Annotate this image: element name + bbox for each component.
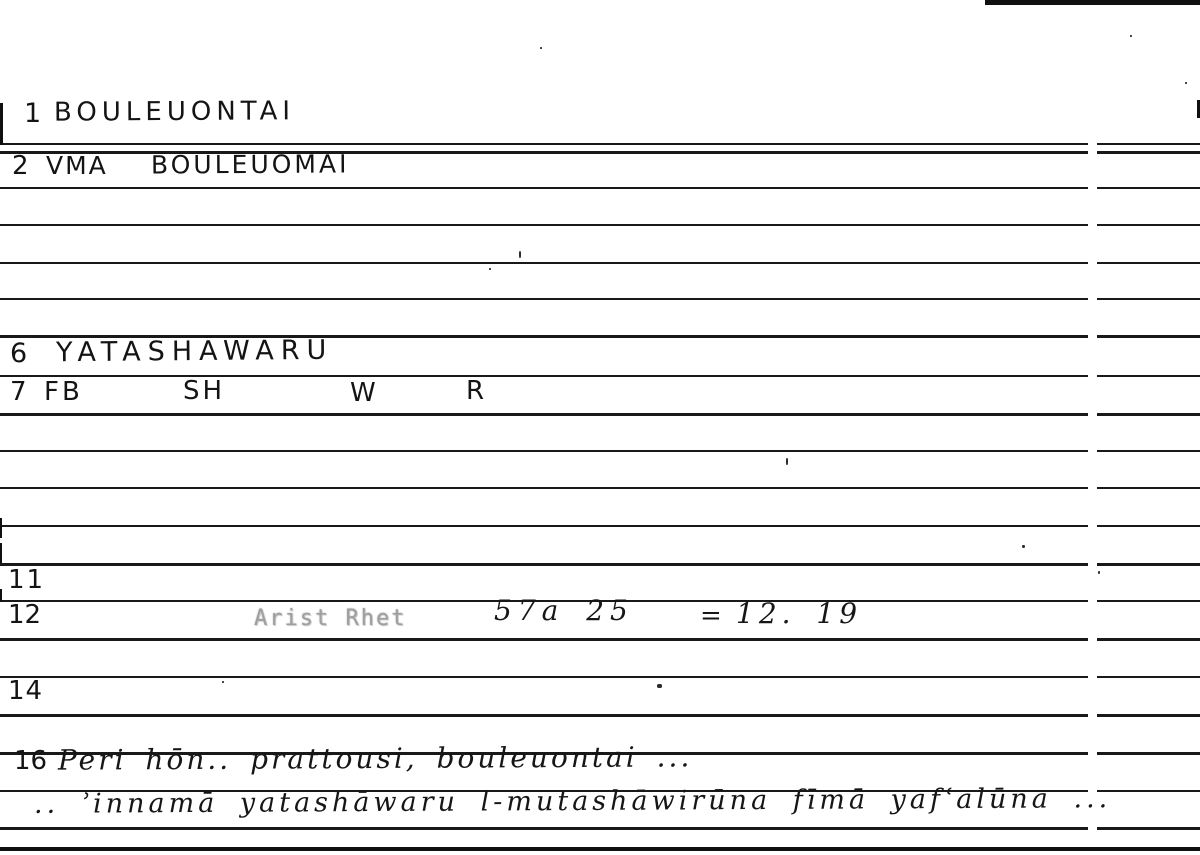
rule-line xyxy=(0,450,1200,452)
rule-line xyxy=(0,143,1200,145)
scan-edge-top-right xyxy=(985,0,1200,5)
line-number-12: 12 xyxy=(8,602,41,629)
ink-speck xyxy=(786,458,788,465)
scan-gap-artifact xyxy=(1088,0,1097,842)
headword-bouleuomai: BOULEUOMAI xyxy=(151,151,350,178)
rule-line xyxy=(0,224,1200,226)
scanned-index-card: 1 BOULEUONTAI 2 VMA BOULEUOMAI 6 YATASHĀ… xyxy=(0,0,1200,855)
headword-bouleuontai: BOULEUONTAI xyxy=(54,98,295,127)
ink-speck xyxy=(1130,35,1132,37)
abbr-w: W xyxy=(350,380,376,407)
rule-line xyxy=(0,375,1200,377)
ink-speck xyxy=(222,681,224,683)
ink-speck xyxy=(540,47,542,49)
scan-edge-bottom xyxy=(0,847,1200,851)
greek-quote: Peri hōn.. prattousi, bouleuontai ... xyxy=(58,742,692,775)
abbr-r: R xyxy=(466,378,484,405)
rule-line xyxy=(0,187,1200,189)
line-number-11: 11 xyxy=(8,567,45,594)
locus-57a25: 57a 25 xyxy=(494,596,634,625)
rule-line xyxy=(0,413,1200,416)
rule-line xyxy=(0,827,1200,830)
line-number-7: 7 xyxy=(10,379,27,406)
scan-edge-left-c xyxy=(0,543,2,563)
rule-line xyxy=(0,298,1200,300)
headword-yatashawaru: YATASHĀWARU xyxy=(56,337,334,368)
scan-edge-left-a xyxy=(0,103,3,145)
abbr-sh: SH xyxy=(183,378,225,405)
ink-speck xyxy=(489,268,491,270)
rule-line xyxy=(0,262,1200,264)
rule-line xyxy=(0,638,1200,641)
ink-speck xyxy=(1185,82,1187,84)
scan-edge-left-d xyxy=(0,589,2,601)
line-number-16: 16 xyxy=(14,748,47,775)
rule-line xyxy=(0,676,1200,678)
ink-speck xyxy=(1022,545,1025,548)
abbr-vma: VMA xyxy=(46,153,108,179)
rule-line xyxy=(0,714,1200,717)
equals-sign: = xyxy=(700,603,725,630)
rule-line xyxy=(0,563,1200,566)
stamp-arist-rhet: Arist Rhet xyxy=(254,607,406,630)
ink-speck xyxy=(657,684,662,688)
arabic-quote: .. ʾinnamā yatashāwaru l-mutashāwirūna f… xyxy=(34,785,1111,819)
line-number-14: 14 xyxy=(8,678,43,705)
rule-line xyxy=(0,525,1200,527)
line-number-1: 1 xyxy=(24,100,41,128)
abbr-fb: FB xyxy=(44,379,83,406)
rule-line xyxy=(0,487,1200,489)
reference-12-19: 12. 19 xyxy=(736,599,862,628)
ink-speck xyxy=(1098,571,1100,574)
ink-speck xyxy=(519,251,521,258)
line-number-6: 6 xyxy=(10,340,27,368)
line-number-2: 2 xyxy=(12,153,29,180)
scan-edge-left-b xyxy=(0,518,2,538)
